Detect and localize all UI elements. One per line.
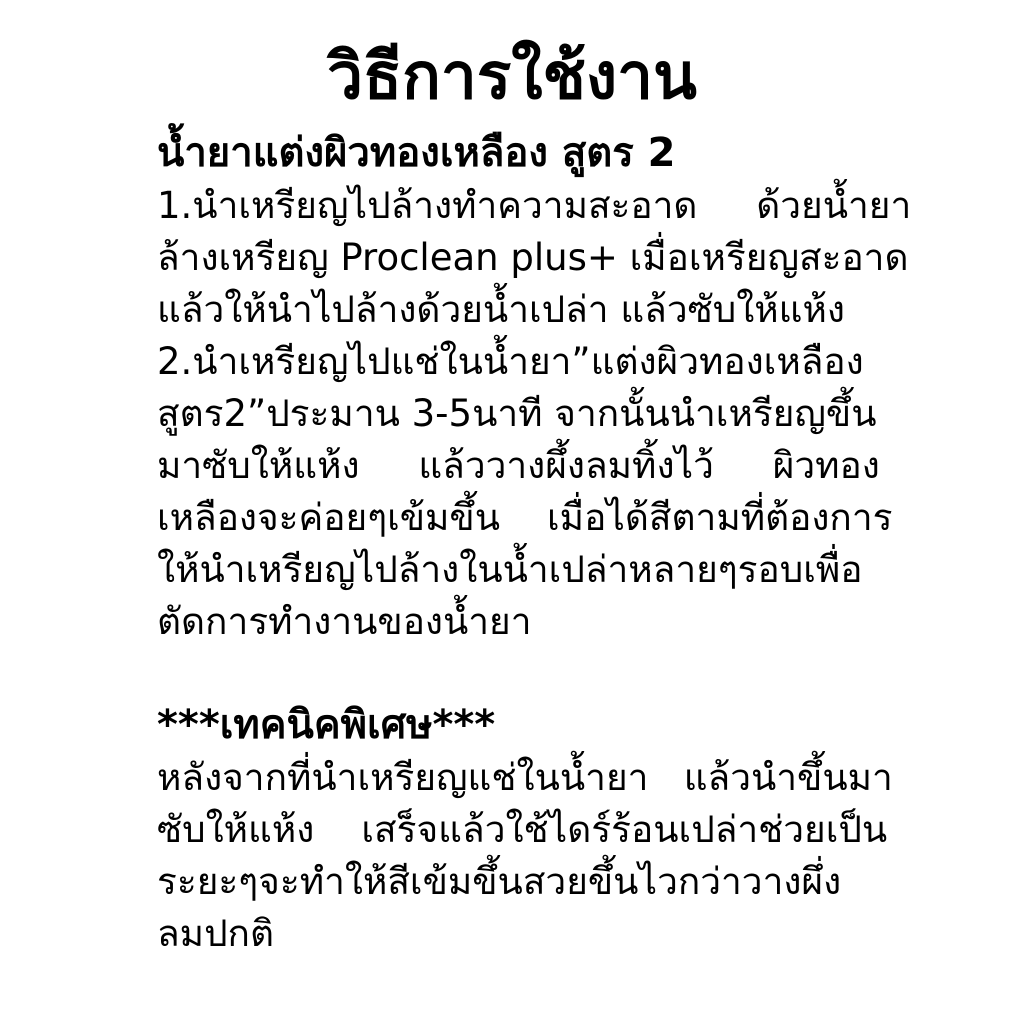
- body-line: ระยะๆจะทำให้สีเข้มขึ้นสวยขึ้นไวกว่าวางผึ…: [157, 856, 894, 908]
- body-line: 2.นำเหรียญไปแช่ในน้ำยา”แต่งผิวทองเหลือง: [157, 336, 894, 388]
- section-special-technique: ***เทคนิคพิเศษ*** หลังจากที่นำเหรียญแช่ใ…: [157, 698, 894, 960]
- body-line: ล้างเหรียญ Proclean plus+ เมื่อเหรียญสะอ…: [157, 232, 894, 284]
- instructions-paragraph: 1.นำเหรียญไปล้างทำความสะอาด ด้วยน้ำยาล้า…: [157, 180, 894, 648]
- body-line: มาซับให้แห้ง แล้ววางผึ้งลมทิ้งไว้ ผิวทอง: [157, 440, 894, 492]
- body-line: ตัดการทำงานของน้ำยา: [157, 596, 894, 648]
- body-line: แล้วให้นำไปล้างด้วยน้ำเปล่า แล้วซับให้แห…: [157, 284, 894, 336]
- special-technique-paragraph: หลังจากที่นำเหรียญแช่ในน้ำยา แล้วนำขึ้นม…: [157, 752, 894, 960]
- page-title: วิธีการใช้งาน: [0, 0, 1024, 112]
- body-line: ซับให้แห้ง เสร็จแล้วใช้ไดร์ร้อนเปล่าช่วย…: [157, 804, 894, 856]
- body-line: ลมปกติ: [157, 908, 894, 960]
- document-page: วิธีการใช้งาน น้ำยาแต่งผิวทองเหลือง สูตร…: [0, 0, 1024, 1024]
- document-body: น้ำยาแต่งผิวทองเหลือง สูตร 2 1.นำเหรียญไ…: [157, 126, 894, 960]
- body-line: สูตร2”ประมาน 3-5นาที จากนั้นนำเหรียญขึ้น: [157, 388, 894, 440]
- body-line: 1.นำเหรียญไปล้างทำความสะอาด ด้วยน้ำยา: [157, 180, 894, 232]
- body-line: เหลืองจะค่อยๆเข้มขึ้น เมื่อได้สีตามที่ต้…: [157, 492, 894, 544]
- body-line: หลังจากที่นำเหรียญแช่ในน้ำยา แล้วนำขึ้นม…: [157, 752, 894, 804]
- section-heading-special-technique: ***เทคนิคพิเศษ***: [157, 698, 894, 752]
- section-instructions: น้ำยาแต่งผิวทองเหลือง สูตร 2 1.นำเหรียญไ…: [157, 126, 894, 648]
- body-line: ให้นำเหรียญไปล้างในน้ำเปล่าหลายๆรอบเพื่อ: [157, 544, 894, 596]
- section-heading-product: น้ำยาแต่งผิวทองเหลือง สูตร 2: [157, 126, 894, 180]
